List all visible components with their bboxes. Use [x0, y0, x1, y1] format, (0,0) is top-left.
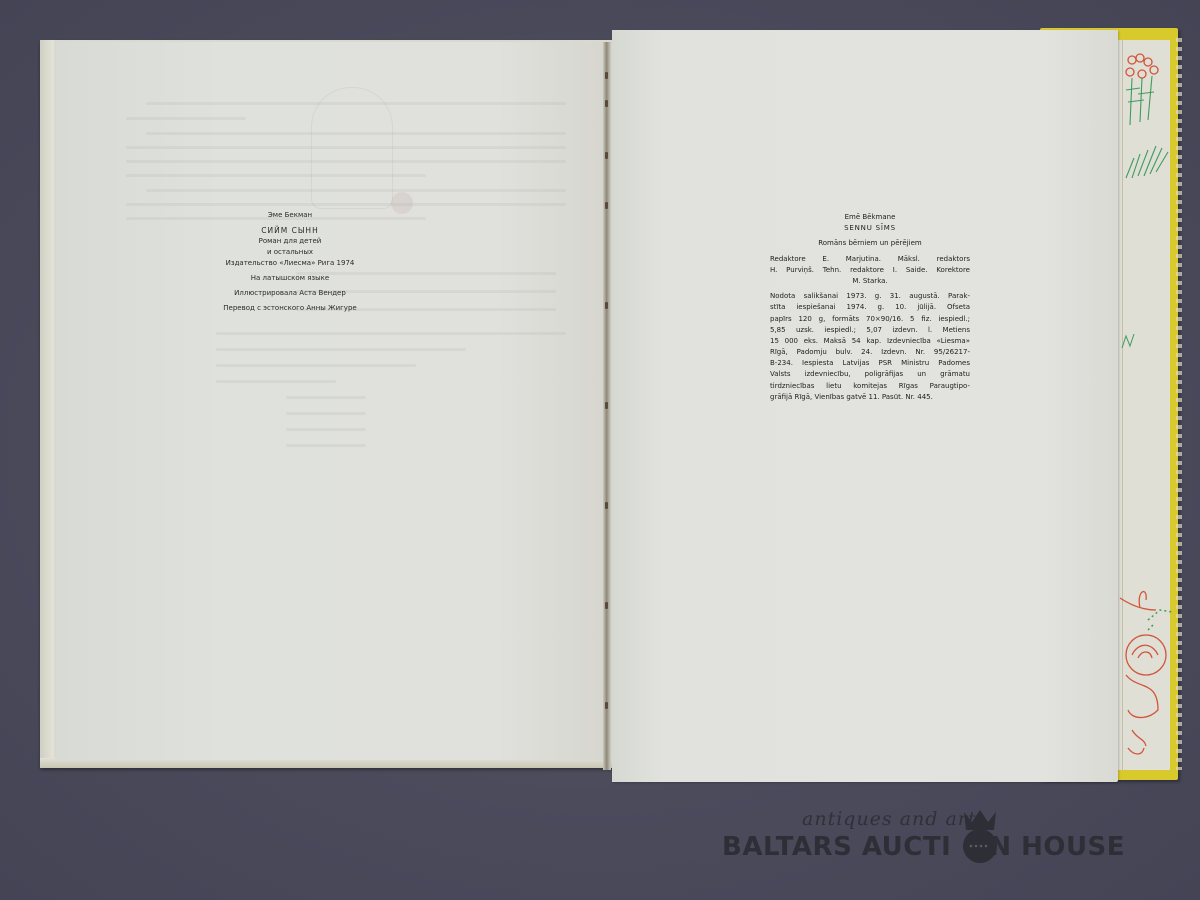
editors-line: Redaktore E. Marjutina. Māksl. redaktors [770, 254, 970, 265]
stitch [605, 502, 608, 509]
show-through-line [146, 189, 566, 192]
colophon-latvian: Emē Bēkmane SENNU SĪMS Romāns bērniem un… [770, 212, 970, 403]
flower-doodle-icon [1118, 50, 1168, 130]
watermark-name: BALTARS AUCTIN HOUSE [722, 832, 1125, 862]
editors-line: H. Purviņš. Tehn. redaktore I. Saide. Ko… [770, 265, 970, 276]
snail-fairy-doodle-icon [1118, 580, 1173, 760]
book-title: СИЙМ СЫНН [150, 225, 430, 237]
show-through-line [216, 364, 416, 367]
show-through-line [126, 160, 566, 163]
grass-doodle-icon [1122, 140, 1170, 180]
illustrated-endpaper [1110, 40, 1170, 770]
show-through-line [216, 332, 566, 335]
print-details-line: 5,85 uzsk. iespiedl.; 5,07 izdevn. l. Me… [770, 325, 970, 336]
left-page [56, 42, 606, 760]
left-cover-edge [40, 40, 54, 768]
watermark-name-start: BALTARS AUCTI [722, 832, 951, 862]
show-through-line [286, 412, 366, 415]
author-name: Эме Бекман [150, 210, 430, 221]
stitch [605, 202, 608, 209]
print-details-line: Valsts izdevniecību, poligrāfijas un grā… [770, 369, 970, 380]
subtitle-line1: Роман для детей [150, 236, 430, 247]
stitch [605, 402, 608, 409]
stitch [605, 302, 608, 309]
subtitle-line2: и остальных [150, 247, 430, 258]
show-through-line [126, 117, 246, 120]
show-through-line [216, 380, 336, 383]
worn-cover-edge [1176, 38, 1182, 770]
show-through-line [286, 428, 366, 431]
stitch [605, 72, 608, 79]
print-details-line: 15 000 eks. Maksā 54 kap. Izdevniecība «… [770, 336, 970, 347]
right-page: Emē Bēkmane SENNU SĪMS Romāns bērniem un… [612, 30, 1118, 782]
print-details-line: Rīgā, Padomju bulv. 24. Izdevn. Nr. 95/2… [770, 347, 970, 358]
show-through-line [216, 348, 466, 351]
show-through-line [126, 146, 566, 149]
print-details-line: stīta iespiešanai 1974. g. 10. jūlijā. O… [770, 302, 970, 313]
print-details-line: papīrs 120 g, formāts 70×90/16. 5 fiz. i… [770, 314, 970, 325]
editors-line: M. Starka. [770, 276, 970, 287]
translator-line: Перевод с эстонского Анны Жигуре [150, 303, 430, 314]
stitch [605, 702, 608, 709]
print-details-line: tirdzniecības lietu komitejas Rīgas Para… [770, 381, 970, 392]
colophon-russian: Эме Бекман СИЙМ СЫНН Роман для детей и о… [150, 210, 430, 314]
show-through-line [146, 102, 566, 105]
auction-house-watermark: antiques and art BALTARS AUCTIN HOUSE [722, 806, 1122, 866]
publisher-line: Издательство «Лиесма» Рига 1974 [150, 258, 430, 269]
show-through-line [286, 396, 366, 399]
show-through-line [126, 203, 566, 206]
show-through-line [126, 174, 426, 177]
author-name: Emē Bēkmane [770, 212, 970, 223]
crown-orb-icon [950, 806, 1010, 866]
print-details-line: Nodota salikšanai 1973. g. 31. augustā. … [770, 291, 970, 302]
print-details-line: B-234. Iespiesta Latvijas PSR Ministru P… [770, 358, 970, 369]
illustrator-line: Иллюстрировала Аста Вендер [150, 288, 430, 299]
show-through-line [286, 444, 366, 447]
stitch [605, 602, 608, 609]
print-details-line: grāfijā Rīgā, Vienības gatvē 11. Pasūt. … [770, 392, 970, 403]
stitch [605, 100, 608, 107]
book-title: SENNU SĪMS [770, 223, 970, 234]
book-spine [603, 42, 611, 770]
stitch [605, 152, 608, 159]
language-line: На латышском языке [150, 273, 430, 284]
show-through-line [146, 132, 566, 135]
subtitle: Romāns bērniem un pērējiem [770, 238, 970, 249]
grass-doodle-icon [1120, 330, 1140, 350]
